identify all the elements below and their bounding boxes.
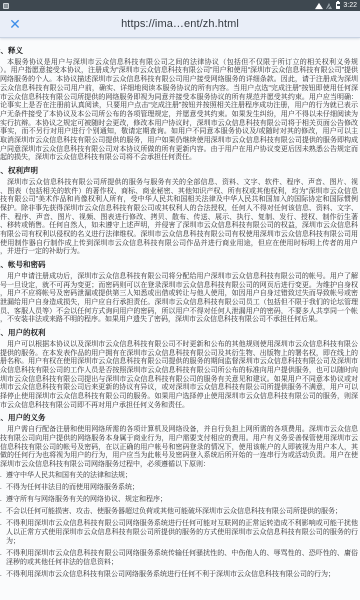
section-paragraph: 深圳市云众信息科技有限公司所提供的服务与服务有关的全部信息、资料、文字、软件、程… xyxy=(0,179,358,257)
clock-text: 3:22 xyxy=(343,0,357,11)
list-item: 遵守所有与网络服务有关的网络协议、规定和程序； xyxy=(0,496,358,505)
section-heading-user-rights: 四、用户的权利 xyxy=(0,329,358,338)
list-item: 不得利用深圳市云众信息科技有限公司网络服务系统传输任何骚扰性的、中伤他人的、辱骂… xyxy=(0,550,358,567)
battery-icon xyxy=(336,2,340,9)
wifi-icon xyxy=(315,2,323,8)
close-icon[interactable]: ✕ xyxy=(0,11,30,38)
notification-icon xyxy=(3,3,9,9)
section-paragraph: 用户可以根据本协议以及深圳市云众信息科技有限公司不时更新和公布的其他规则使用深圳… xyxy=(0,341,358,411)
obligations-list: 遵守中华人民共和国有关的法律和法规； 不得为任何非法目的而使用网络服务系统； 遵… xyxy=(0,472,358,580)
section-heading-rights-statement: 二、权利声明 xyxy=(0,167,358,176)
browser-window: 3:22 ✕ https://ima…ent/zh.html 一、释义 本服务协… xyxy=(0,0,360,600)
list-item: 不得为任何非法目的而使用网络服务系统； xyxy=(0,484,358,493)
list-item: 遵守中华人民共和国有关的法律和法规； xyxy=(0,472,358,481)
list-item: 不得利用深圳市云众信息科技有限公司网络服务系统进行任何不利于深圳市云众信息科技有… xyxy=(0,571,358,580)
list-item: 不得利用深圳市云众信息科技有限公司网络服务系统进行任何可能对互联网的正常运转造成… xyxy=(0,520,358,546)
list-item: 不会以任何可能损害、攻击、使服务器超过负荷或其他可能破坏深圳市云众信息科技有限公… xyxy=(0,508,358,517)
section-paragraph: 用户申请注册成功后，深圳市云众信息科技有限公司将分配给用户深圳市云众信息科技有限… xyxy=(0,273,358,325)
no-signal-icon xyxy=(326,3,333,9)
section-heading-account-password: 三、帐号和密码 xyxy=(0,261,358,270)
section-heading-definitions: 一、释义 xyxy=(0,47,358,56)
browser-toolbar: ✕ https://ima…ent/zh.html xyxy=(0,11,360,38)
section-paragraph: 本服务协议是用户与深圳市云众信息科技有限公司之间的法律协议（包括但不仅限于所订立… xyxy=(0,59,358,163)
agreement-document: 一、释义 本服务协议是用户与深圳市云众信息科技有限公司之间的法律协议（包括但不仅… xyxy=(0,38,360,580)
section-paragraph: 用户需自行配备注册和使用网络所需的各项计算机及网络设备，并自行负担上网所需的各项… xyxy=(0,426,358,470)
section-heading-user-obligations: 五、用户的义务 xyxy=(0,414,358,423)
url-text[interactable]: https://ima…ent/zh.html xyxy=(121,18,239,30)
status-bar: 3:22 xyxy=(0,0,360,11)
